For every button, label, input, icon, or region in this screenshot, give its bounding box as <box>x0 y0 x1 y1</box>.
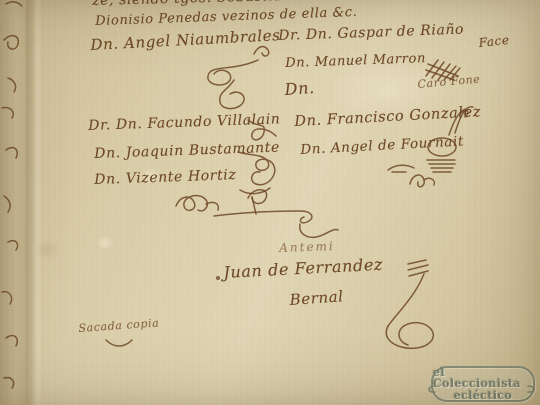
ink-dot <box>216 276 220 280</box>
double-slash-rubric <box>447 103 477 137</box>
ornament-curl-left <box>425 384 437 394</box>
note-underline-flourish <box>104 336 134 350</box>
sacada-copia-note: Sacada copia <box>78 316 160 335</box>
ante-mi-label: Antemi <box>279 239 335 255</box>
watermark-line1: el Coleccionista <box>433 367 533 389</box>
signature-bernal: Bernal <box>289 287 344 309</box>
rubric-riano: Face <box>478 33 510 50</box>
paper-stain <box>96 236 114 250</box>
watermark-line2: ecléctico <box>454 390 512 401</box>
abbrev-dn: Dn. <box>284 78 315 99</box>
header-line-2: Dionisio Penedas vezinos de ella &c. <box>95 5 358 29</box>
signature-marron: Dn. Manuel Marron <box>285 51 426 71</box>
margin-ink-fragments <box>0 0 30 405</box>
collector-watermark: el Coleccionista ecléctico <box>431 366 535 402</box>
large-knot-flourish <box>198 56 270 108</box>
manuscript-photo: ze, siendo tgos. Sebastian Dionisio Pene… <box>0 0 540 405</box>
paper-stain <box>34 240 60 260</box>
signature-riano: Dr. Dn. Gaspar de Riaño <box>278 22 464 44</box>
small-dn-rubric <box>406 170 438 192</box>
bernal-paraph-flourish <box>356 256 448 356</box>
large-paraph-flourish <box>212 184 340 244</box>
ornament-curl-right <box>526 384 538 394</box>
